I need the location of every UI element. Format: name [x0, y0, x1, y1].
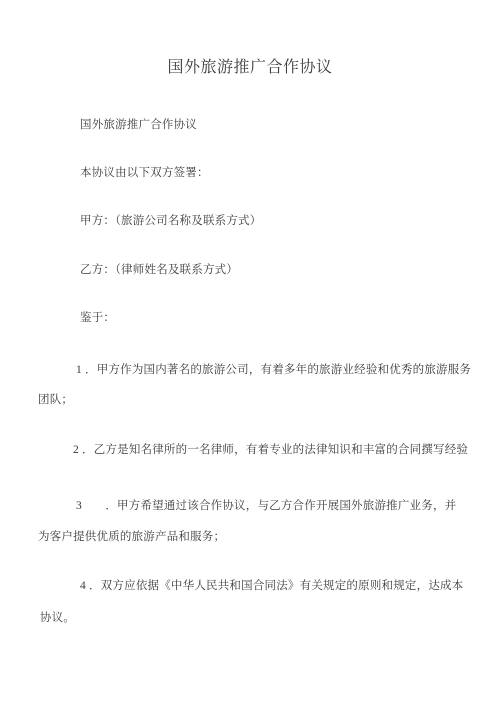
document-page: 国外旅游推广合作协议 国外旅游推广合作协议 本协议由以下双方签署： 甲方：（旅游…: [0, 0, 500, 707]
clause-4-line-1: 4 ．双方应依据《中华人民共和国合同法》有关规定的原则和规定，达成本: [80, 578, 463, 594]
clause-4-line-2: 协议。: [40, 610, 75, 626]
party-b-line: 乙方：（律师姓名及联系方式）: [80, 262, 238, 278]
clause-2-line: 2 ．乙方是知名律所的一名律师，有着专业的法律知识和丰富的合同撰写经验: [73, 442, 468, 458]
clause-3-line-1: 3 ．甲方希望通过该合作协议，与乙方合作开展国外旅游推广业务，并: [76, 498, 456, 514]
signing-statement-line: 本协议由以下双方签署：: [80, 165, 209, 181]
clause-3-line-2: 为客户提供优质的旅游产品和服务；: [38, 529, 225, 545]
subtitle-line: 国外旅游推广合作协议: [80, 117, 197, 133]
clause-1-line-2: 团队；: [38, 392, 73, 408]
whereas-line: 鉴于：: [80, 310, 115, 326]
clause-1-line-1: 1 ．甲方作为国内著名的旅游公司，有着多年的旅游业经验和优秀的旅游服务: [76, 362, 471, 378]
document-title: 国外旅游推广合作协议: [0, 57, 500, 79]
party-a-line: 甲方：（旅游公司名称及联系方式）: [80, 213, 261, 229]
